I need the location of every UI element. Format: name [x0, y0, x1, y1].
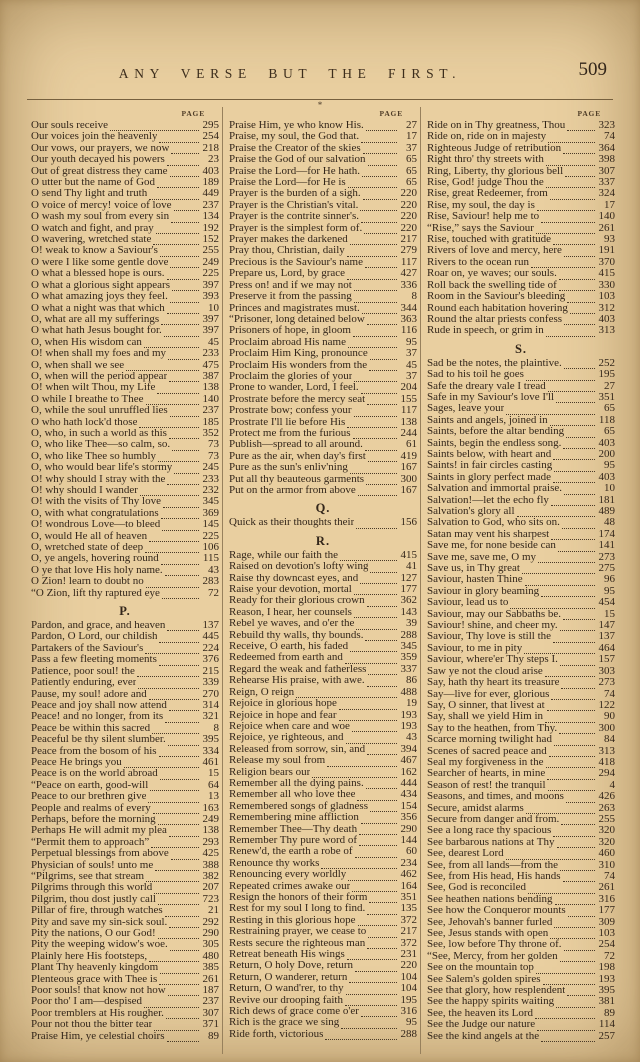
entry-page-number: 156 — [399, 517, 417, 528]
index-entry: Return, O wand'rer, to thy104 — [229, 983, 417, 994]
entry-first-line: O what a night was that which — [31, 303, 165, 314]
index-entry: Perpetual blessings from above425 — [31, 848, 219, 859]
index-entry: Saviour, Thy love is still the137 — [427, 631, 615, 642]
page-column-label: PAGE — [229, 107, 417, 120]
index-entry: See, dearest Lord460 — [427, 848, 615, 859]
dot-leader — [541, 219, 595, 223]
entry-first-line: Peace He brings you — [31, 757, 122, 768]
dot-leader — [350, 648, 397, 652]
entry-first-line: Our voices join the heavenly — [31, 131, 157, 142]
index-entry: O voice of mercy! voice of love237 — [31, 200, 219, 211]
entry-first-line: Room in the Saviour's bleeding — [427, 291, 565, 302]
entry-first-line: See the Judge our nature — [427, 1019, 535, 1030]
index-entry: Protect me from the furious244 — [229, 428, 417, 439]
entry-first-line: Pillar of fire, through watches — [31, 905, 163, 916]
index-entry: Our vows, our prayers, we now218 — [31, 143, 219, 154]
dot-leader — [370, 356, 397, 360]
index-entry: See that glory, how resplendent395 — [427, 985, 615, 996]
entry-first-line: Pity the weeping widow's woe. — [31, 939, 168, 950]
dot-leader — [158, 901, 199, 905]
entry-page-number: 104 — [399, 983, 417, 994]
entry-first-line: See, the heaven its Lord — [427, 1008, 533, 1019]
dot-leader — [567, 127, 595, 131]
entry-first-line: Perhaps He will admit my plea — [31, 825, 167, 836]
index-entry: Say—live for ever, glorious74 — [427, 689, 615, 700]
entry-first-line: Say, hath thy heart its treasure — [427, 677, 559, 688]
entry-first-line: Saviour, Thy love is still the — [427, 631, 551, 642]
entry-first-line: Prepare us, Lord, by grace — [229, 268, 345, 279]
index-entry: See the happy spirits waiting381 — [427, 996, 615, 1007]
dot-leader — [168, 742, 199, 746]
index-entry: Peace is on the world abroad15 — [31, 768, 219, 779]
entry-first-line: Pour not thou the bitter tear — [31, 1019, 152, 1030]
index-column-2: PAGE Praise Him, ye who know His.27Prais… — [222, 107, 420, 1054]
dot-leader — [339, 706, 397, 710]
dot-leader — [171, 856, 199, 860]
index-entry: O, when shall we see475 — [31, 360, 219, 371]
dot-leader — [365, 264, 397, 268]
dot-leader — [161, 321, 199, 325]
entry-page-number: 65 — [399, 154, 417, 165]
index-entry: Seal my forgiveness in the418 — [427, 757, 615, 768]
index-entry: O, wretched state of deep106 — [31, 542, 219, 553]
index-entry: Pour not thou the bitter tear371 — [31, 1019, 219, 1030]
dot-leader — [367, 911, 397, 915]
entry-first-line: Saviour, hasten Thine — [427, 574, 523, 585]
index-entry: Rage, while our faith the415 — [229, 550, 417, 561]
dot-leader — [548, 388, 595, 392]
entry-first-line: See barbarous nations at Thy — [427, 837, 555, 848]
index-entry: Rich dews of grace come o'er316 — [229, 1006, 417, 1017]
dot-leader — [560, 958, 595, 962]
entry-first-line: Peace be within this sacred — [31, 723, 150, 734]
entry-page-number: 233 — [201, 348, 219, 359]
entry-first-line: Rise, Saviour! help me to — [427, 211, 539, 222]
index-entry: “Peace on earth, good-will64 — [31, 780, 219, 791]
entry-page-number: 283 — [201, 576, 219, 587]
index-entry: Press on! and if we may not336 — [229, 280, 417, 291]
index-entry: Raised on devotion's lofty wing41 — [229, 561, 417, 572]
index-entry: O! why should I wander232 — [31, 485, 219, 496]
index-entry: O, when His wisdom can45 — [31, 337, 219, 348]
entry-page-number: 39 — [399, 618, 417, 629]
index-entry: Round each habitation hovering312 — [427, 303, 615, 314]
index-entry: Secure, amidst alarms263 — [427, 803, 615, 814]
dot-leader — [161, 561, 199, 565]
entry-first-line: Rests secure the righteous man — [229, 938, 365, 949]
index-entry: O, with what congratulations369 — [31, 508, 219, 519]
dot-leader — [556, 399, 595, 403]
dot-leader — [148, 799, 199, 803]
index-entry: O wash my soul from every sin134 — [31, 211, 219, 222]
index-entry: O ye that love His holy name.43 — [31, 565, 219, 576]
entry-first-line: Save me, save me, O my — [427, 552, 536, 563]
dot-leader — [162, 595, 199, 599]
entry-first-line: O, with what congratulations — [31, 508, 159, 519]
entry-first-line: Rebuild thy walls, thy bounds. — [229, 630, 363, 641]
index-entry: Roll back the swelling tide of330 — [427, 280, 615, 291]
entry-first-line: Safe the dreary vale I tread — [427, 381, 546, 392]
entry-first-line: Our souls receive — [31, 120, 108, 131]
entry-first-line: O, when will the period appear — [31, 371, 167, 382]
entry-first-line: Pass a few fleeting moments — [31, 654, 157, 665]
index-entry: O! with the visits of Thy love345 — [31, 496, 219, 507]
entry-first-line: See the happy spirits waiting — [427, 996, 554, 1007]
index-entry: Remembering mine affliction356 — [229, 812, 417, 823]
entry-first-line: O! wondrous Love—to bleed — [31, 519, 160, 530]
entry-first-line: O, who would bear life's stormy — [31, 462, 172, 473]
index-entry: Peace and joy shall now attend314 — [31, 700, 219, 711]
entry-first-line: Ready for their glorious crown — [229, 595, 365, 606]
index-entry: O what amazing joys they feel.393 — [31, 291, 219, 302]
dot-leader — [549, 753, 595, 757]
entry-first-line: Say, O sinner, that livest at — [427, 700, 545, 711]
entry-first-line: Remember Thee—Thy death — [229, 824, 357, 835]
entry-page-number: 116 — [399, 325, 417, 336]
entry-first-line: See, dearest Lord — [427, 848, 504, 859]
dot-leader — [162, 527, 199, 531]
entry-first-line: See, God is reconciled — [427, 882, 526, 893]
entry-page-number: 72 — [201, 588, 219, 599]
index-entry: Resign the honors of their form351 — [229, 892, 417, 903]
index-entry: Secure from danger and from.255 — [427, 814, 615, 825]
dot-leader — [167, 1038, 200, 1042]
index-entry: Right thro' thy streets with398 — [427, 154, 615, 165]
entry-first-line: Praise the Creator of the skies — [229, 143, 361, 154]
dot-leader — [360, 207, 397, 211]
index-entry: Peace from the bosom of his334 — [31, 746, 219, 757]
entry-page-number: 371 — [201, 1019, 219, 1030]
dot-leader — [356, 525, 397, 529]
entry-first-line: Peace from the bosom of his — [31, 746, 157, 757]
entry-first-line: Rude in speech, or grim in — [427, 325, 544, 336]
index-entry: Salvation's glory all489 — [427, 506, 615, 517]
entry-first-line: Regard the weak and fatherless — [229, 664, 366, 675]
dot-leader — [153, 241, 199, 245]
index-entry: Rebel ye waves, and o'er the39 — [229, 618, 417, 629]
entry-first-line: Rest for my soul I long to find. — [229, 903, 365, 914]
index-entry: Plainly here His footsteps,480 — [31, 951, 219, 962]
entry-page-number: 65 — [597, 426, 615, 437]
dot-leader — [350, 241, 397, 245]
index-entry: Peace! and no longer, from its321 — [31, 711, 219, 722]
index-entry: Rise, Saviour! help me to140 — [427, 211, 615, 222]
entry-first-line: Prostrate before the mercy seat — [229, 394, 365, 405]
index-entry: O, who like Thee so humbly73 — [31, 451, 219, 462]
index-entry: Save us, in Thy great275 — [427, 563, 615, 574]
entry-page-number: 313 — [597, 325, 615, 336]
entry-page-number: 117 — [399, 405, 417, 416]
dot-leader — [365, 637, 397, 641]
index-entry: Resting in this glorious hope372 — [229, 915, 417, 926]
dot-leader — [565, 173, 595, 177]
entry-first-line: Pure as the sun's enliv'ning — [229, 462, 348, 473]
dot-leader — [355, 968, 397, 972]
dot-leader — [161, 515, 199, 519]
dot-leader — [355, 854, 397, 858]
dot-leader — [167, 310, 199, 314]
index-entry: Pray thou, Christian, daily279 — [229, 245, 417, 256]
entry-page-number: 339 — [201, 677, 219, 688]
dot-leader — [566, 799, 595, 803]
dot-leader — [562, 525, 595, 529]
entry-first-line: Remembered songs of gladness — [229, 801, 368, 812]
entry-first-line: O send Thy light and truth — [31, 188, 147, 199]
index-entry: Prayer makes the darkened217 — [229, 234, 417, 245]
index-entry: Praise the Lord—for He hath.65 — [229, 166, 417, 177]
index-entry: Put all thy beauteous garments300 — [229, 474, 417, 485]
index-entry: Safe the dreary vale I tread27 — [427, 381, 615, 392]
dot-leader — [170, 413, 199, 417]
index-entry: Ride on, ride on in majesty74 — [427, 131, 615, 142]
dot-leader — [170, 299, 199, 303]
entry-first-line: O, while the soul unruffled lies — [31, 405, 168, 416]
dot-leader — [153, 810, 199, 814]
index-entry: Religion bears our162 — [229, 767, 417, 778]
index-entry: Redeemed from earth and359 — [229, 652, 417, 663]
book-page: ANY VERSE BUT THE FIRST. 509 * PAGE Our … — [0, 0, 640, 1062]
entry-first-line: Sages, leave your — [427, 403, 504, 414]
index-entry: Praise the God of our salvation65 — [229, 154, 417, 165]
entry-page-number: 225 — [201, 268, 219, 279]
entry-page-number: 140 — [597, 211, 615, 222]
index-entry: Saviour, may our Sabbaths be.15 — [427, 609, 615, 620]
dot-leader — [168, 356, 199, 360]
dot-leader — [169, 378, 199, 382]
dot-leader — [170, 947, 199, 951]
entry-first-line: Proclaim abroad His name — [229, 337, 346, 348]
entry-first-line: Rich dews of grace come o'er — [229, 1006, 359, 1017]
dot-leader — [561, 821, 595, 825]
entries-list: Our souls receive295Our voices join the … — [31, 120, 219, 1042]
entry-first-line: Roar on, ye waves; our souls. — [427, 268, 557, 279]
dot-leader — [174, 207, 200, 211]
dot-leader — [361, 820, 397, 824]
dot-leader — [361, 390, 397, 394]
entry-first-line: Saviour, to me in pity — [427, 643, 522, 654]
entry-page-number: 273 — [597, 677, 615, 688]
dot-leader — [553, 456, 595, 460]
entry-first-line: People and realms of every — [31, 803, 151, 814]
section-letter-heading: Q. — [229, 496, 417, 517]
entry-first-line: Saw ye not the cloud arise — [427, 666, 543, 677]
index-entry: “Pilgrims, see that stream382 — [31, 871, 219, 882]
entry-page-number: 426 — [597, 791, 615, 802]
index-entry: Return, O holy Dove, return220 — [229, 960, 417, 971]
entry-first-line: Poor tremblers at His rougher. — [31, 1008, 164, 1019]
entry-first-line: Publish—spread to all around. — [229, 439, 363, 450]
page-column-label: PAGE — [31, 107, 219, 120]
section-letter-heading: P. — [31, 599, 219, 620]
index-entry: Say, hath thy heart its treasure273 — [427, 677, 615, 688]
index-entry: O, who, in such a world as this352 — [31, 428, 219, 439]
entry-first-line: Round each habitation hovering — [427, 303, 568, 314]
dot-leader — [354, 287, 397, 291]
entry-first-line: Rivers to the ocean run — [427, 257, 529, 268]
dot-leader — [327, 763, 397, 767]
entry-first-line: Renew'd, the earth a robe of — [229, 846, 353, 857]
dot-leader — [366, 481, 397, 485]
entry-first-line: “Prisoner, long detained below — [229, 314, 365, 325]
dot-leader — [363, 150, 397, 154]
entry-first-line: See, Jehovah's banner furled — [427, 917, 552, 928]
dot-leader — [537, 207, 595, 211]
dot-leader — [354, 413, 397, 417]
entry-first-line: Raise thy downcast eyes, and — [229, 573, 358, 584]
index-entry: O, when will the period appear387 — [31, 371, 219, 382]
entry-first-line: O, who like Thee so humbly — [31, 451, 156, 462]
dot-leader — [354, 378, 397, 382]
dot-leader — [359, 842, 397, 846]
entry-first-line: Pardon, O Lord, our childish — [31, 631, 157, 642]
index-entry: Praise Him, ye who know His.27 — [229, 120, 417, 131]
index-entry: See the Judge our nature114 — [427, 1019, 615, 1030]
entry-first-line: Saviour, where'er Thy steps I. — [427, 654, 558, 665]
index-entry: Remembered songs of gladness154 — [229, 801, 417, 812]
entry-first-line: “Pilgrims, see that stream — [31, 871, 144, 882]
dot-leader — [536, 970, 595, 974]
index-entry: O send Thy light and truth449 — [31, 188, 219, 199]
index-column-3: PAGE Ride on in Thy greatness, Thou323Ri… — [420, 107, 618, 1054]
entry-first-line: Out of great distress they came — [31, 166, 168, 177]
dot-leader — [165, 913, 199, 917]
index-entry: Saw ye not the cloud arise303 — [427, 666, 615, 677]
dot-leader — [352, 728, 397, 732]
index-entry: Our voices join the heavenly254 — [31, 131, 219, 142]
dot-leader — [160, 776, 199, 780]
index-entry: Prayer is the contrite sinner's.220 — [229, 211, 417, 222]
entry-first-line: Peaceful be thy silent slumber. — [31, 734, 166, 745]
dot-leader — [560, 627, 595, 631]
dot-leader — [370, 808, 397, 812]
entry-first-line: Remember Thy pure word of — [229, 835, 357, 846]
entry-first-line: Redeemed from earth and — [229, 652, 343, 663]
dot-leader — [172, 287, 199, 291]
dot-leader — [553, 639, 595, 643]
entry-first-line: O were I like some gentle dove — [31, 257, 168, 268]
index-entry: “See, Mercy, from her golden72 — [427, 951, 615, 962]
entry-first-line: O ye that love His holy name. — [31, 565, 163, 576]
index-entry: See, God is reconciled261 — [427, 882, 615, 893]
index-entry: O! when wilt Thou, my Life138 — [31, 382, 219, 393]
dot-leader — [361, 1013, 397, 1017]
entry-first-line: Rise, my soul, the day is — [427, 200, 535, 211]
entry-first-line: Praise Him, ye who know His. — [229, 120, 364, 131]
entry-first-line: Our youth decayed his powers — [31, 154, 165, 165]
entry-first-line: Poor tho' I am—despised — [31, 996, 142, 1007]
index-entry: Saviour, where'er Thy steps I.157 — [427, 654, 615, 665]
dot-leader — [347, 956, 397, 960]
index-entry: Preserve it from the passing8 — [229, 291, 417, 302]
dot-leader — [554, 742, 595, 746]
index-entry: Rise, God! judge Thou the337 — [427, 177, 615, 188]
index-entry: Partakers of the Saviour's224 — [31, 643, 219, 654]
entry-first-line: Save us, in Thy great — [427, 563, 520, 574]
entry-first-line: Return, O wanderer, return — [229, 972, 347, 983]
dot-leader — [567, 299, 595, 303]
entry-first-line: Righteous Judge of retribution — [427, 143, 561, 154]
entry-first-line: O, when His wisdom can — [31, 337, 142, 348]
entry-page-number: 10 — [597, 483, 615, 494]
entry-first-line: Restraining prayer, we cease to — [229, 926, 366, 937]
entry-first-line: Precious is the Saviour's name — [229, 257, 363, 268]
entry-first-line: Salvation and immortal praise. — [427, 483, 562, 494]
entry-first-line: Prone to wander, Lord, I feel. — [229, 382, 359, 393]
entry-page-number: 167 — [399, 462, 417, 473]
entry-first-line: Receive, O earth, his faded — [229, 641, 348, 652]
entry-first-line: Rich is the grace we sing — [229, 1017, 339, 1028]
dot-leader — [359, 831, 397, 835]
entry-page-number: 220 — [399, 211, 417, 222]
index-entry: Scenes of sacred peace and313 — [427, 746, 615, 757]
index-entry: Rivers to the ocean run370 — [427, 257, 615, 268]
index-entry: Peace He brings you461 — [31, 757, 219, 768]
dot-leader — [159, 662, 199, 666]
entry-first-line: Rage, while our faith the — [229, 550, 338, 561]
entry-first-line: Poor souls! that know not how — [31, 985, 166, 996]
entry-first-line: Preserve it from the passing — [229, 291, 352, 302]
entry-first-line: Saints in glory perfect made — [427, 472, 551, 483]
entry-first-line: Pause, my soul! adore and — [31, 689, 147, 700]
index-entry: Poor tho' I am—despised237 — [31, 996, 219, 1007]
index-entry: Pardon, and grace, and heaven137 — [31, 620, 219, 631]
entry-first-line: Raise your devotion, mortal — [229, 584, 352, 595]
index-entry: Prostrate I'll lie before His138 — [229, 417, 417, 428]
index-entry: Saints, begin the endless song.403 — [427, 438, 615, 449]
index-entry: Rivers of love and mercy, here191 — [427, 245, 615, 256]
entry-first-line: O! weak to know a Saviour's — [31, 245, 158, 256]
index-entry: Satan may vent his sharpest174 — [427, 529, 615, 540]
index-entry: Pardon, O Lord, our childish445 — [31, 631, 219, 642]
dot-leader — [137, 673, 199, 677]
dot-leader — [564, 947, 595, 951]
dot-leader — [169, 435, 199, 439]
entry-first-line: Ring, Liberty, thy glorious bell — [427, 166, 563, 177]
entry-first-line: Physician of souls! unto me — [31, 860, 153, 871]
index-entry: Sad be the notes, the plaintive.252 — [427, 358, 615, 369]
entry-first-line: Rehearse His praise, with awe. — [229, 675, 365, 686]
index-entry: Physician of souls! unto me388 — [31, 860, 219, 871]
entry-page-number: 398 — [597, 154, 615, 165]
entry-first-line: Retreat beneath His wings — [229, 949, 345, 960]
dot-leader — [171, 219, 199, 223]
entry-first-line: Scenes of sacred peace and — [427, 746, 547, 757]
entry-first-line: Remembering mine affliction — [229, 812, 359, 823]
entry-first-line: O! with the visits of Thy love — [31, 496, 161, 507]
index-entry: Reign, O reign488 — [229, 687, 417, 698]
dot-leader — [369, 367, 397, 371]
entry-first-line: Remember all the dying pains. — [229, 778, 364, 789]
index-entry: Poor souls! that know not how187 — [31, 985, 219, 996]
dot-leader — [367, 945, 397, 949]
index-entry: Patience, poor soul! the215 — [31, 666, 219, 677]
entry-page-number: 462 — [399, 869, 417, 880]
dot-leader — [347, 424, 397, 428]
entry-page-number: 427 — [399, 268, 417, 279]
dot-leader — [560, 867, 595, 871]
dot-leader — [537, 1027, 595, 1031]
dot-leader — [166, 1015, 199, 1019]
page-number: 509 — [579, 59, 608, 81]
entry-first-line: O who hath lock'd those — [31, 417, 137, 428]
entry-first-line: Saints, before the altar bending — [427, 426, 564, 437]
dot-leader — [564, 321, 595, 325]
index-entry: Sages, leave your65 — [427, 403, 615, 414]
index-entry: See Salem's golden spires193 — [427, 974, 615, 985]
entry-first-line: See, from His head, His hands — [427, 871, 561, 882]
entry-page-number: 376 — [201, 654, 219, 665]
dot-leader — [159, 639, 199, 643]
